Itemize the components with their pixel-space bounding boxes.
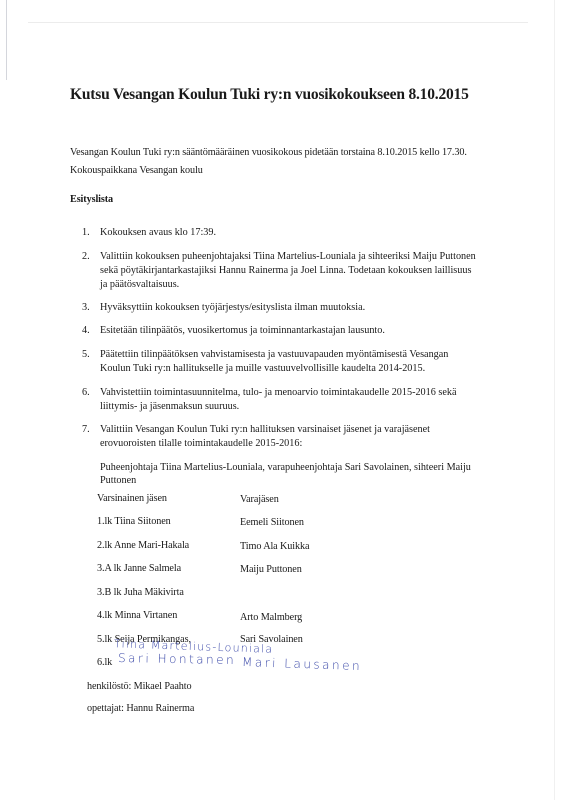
intro-line-2: Kokouspaikkana Vesangan koulu — [70, 165, 203, 177]
regular-member: 2.lk Anne Mari-Hakala — [97, 540, 189, 552]
agenda-text: liittymis- ja jäsenmaksun suuruus. — [100, 400, 239, 414]
scan-right-edge — [554, 0, 555, 800]
agenda-number: 6. — [82, 387, 90, 399]
agenda-text: ja päätösvaltaisuus. — [100, 278, 179, 292]
deputy-member: Maiju Puttonen — [240, 564, 302, 576]
agenda-number: 1. — [82, 227, 90, 239]
agenda-text: Vahvistettiin toimintasuunnitelma, tulo-… — [100, 386, 457, 400]
agenda-number: 4. — [82, 325, 90, 337]
regular-member: 3.B lk Juha Mäkivirta — [97, 587, 184, 599]
agenda-text: erovuoroisten tilalle toimintakaudelle 2… — [100, 437, 302, 451]
agenda-text: Päätettiin tilinpäätöksen vahvistamisest… — [100, 348, 448, 362]
agenda-number: 7. — [82, 424, 90, 436]
regular-member: 3.A lk Janne Salmela — [97, 563, 181, 575]
agenda-number: 2. — [82, 251, 90, 263]
header-regular-member: Varsinainen jäsen — [97, 493, 167, 505]
deputy-member: Timo Ala Kuikka — [240, 541, 309, 553]
agenda-heading: Esityslista — [70, 194, 113, 206]
handwritten-row6-deputy: Mari Lausanen — [242, 655, 363, 673]
officers-line-1: Puheenjohtaja Tiina Martelius-Louniala, … — [100, 461, 471, 475]
header-deputy-member: Varajäsen — [240, 494, 279, 506]
agenda-text: Kokouksen avaus klo 17:39. — [100, 226, 216, 240]
agenda-number: 5. — [82, 349, 90, 361]
intro-line-1: Vesangan Koulun Tuki ry:n sääntömääräine… — [70, 147, 467, 159]
scan-artifact-line — [28, 22, 528, 23]
regular-member: 1.lk Tiina Siitonen — [97, 516, 171, 528]
regular-member: 6.lk — [97, 657, 112, 669]
officers-line-2: Puttonen — [100, 474, 136, 488]
agenda-text: sekä pöytäkirjantarkastajiksi Hannu Rain… — [100, 264, 471, 278]
agenda-text: Valittiin kokouksen puheenjohtajaksi Tii… — [100, 250, 476, 264]
deputy-member: Arto Malmberg — [240, 612, 302, 624]
staff-line: henkilöstö: Mikael Paahto — [87, 681, 191, 693]
agenda-text: Koulun Tuki ry:n hallitukselle ja muille… — [100, 362, 425, 376]
agenda-text: Valittiin Vesangan Koulun Tuki ry:n hall… — [100, 423, 430, 437]
scan-left-edge — [6, 0, 7, 80]
deputy-member: Eemeli Siitonen — [240, 517, 304, 529]
document-title: Kutsu Vesangan Koulun Tuki ry:n vuosikok… — [70, 86, 469, 104]
handwritten-row6-member: Sari Hontanen — [118, 651, 236, 667]
agenda-number: 3. — [82, 302, 90, 314]
teachers-line: opettajat: Hannu Rainerma — [87, 703, 194, 715]
regular-member: 4.lk Minna Virtanen — [97, 610, 177, 622]
agenda-text: Hyväksyttiin kokouksen työjärjestys/esit… — [100, 301, 365, 315]
agenda-text: Esitetään tilinpäätös, vuosikertomus ja … — [100, 324, 385, 338]
